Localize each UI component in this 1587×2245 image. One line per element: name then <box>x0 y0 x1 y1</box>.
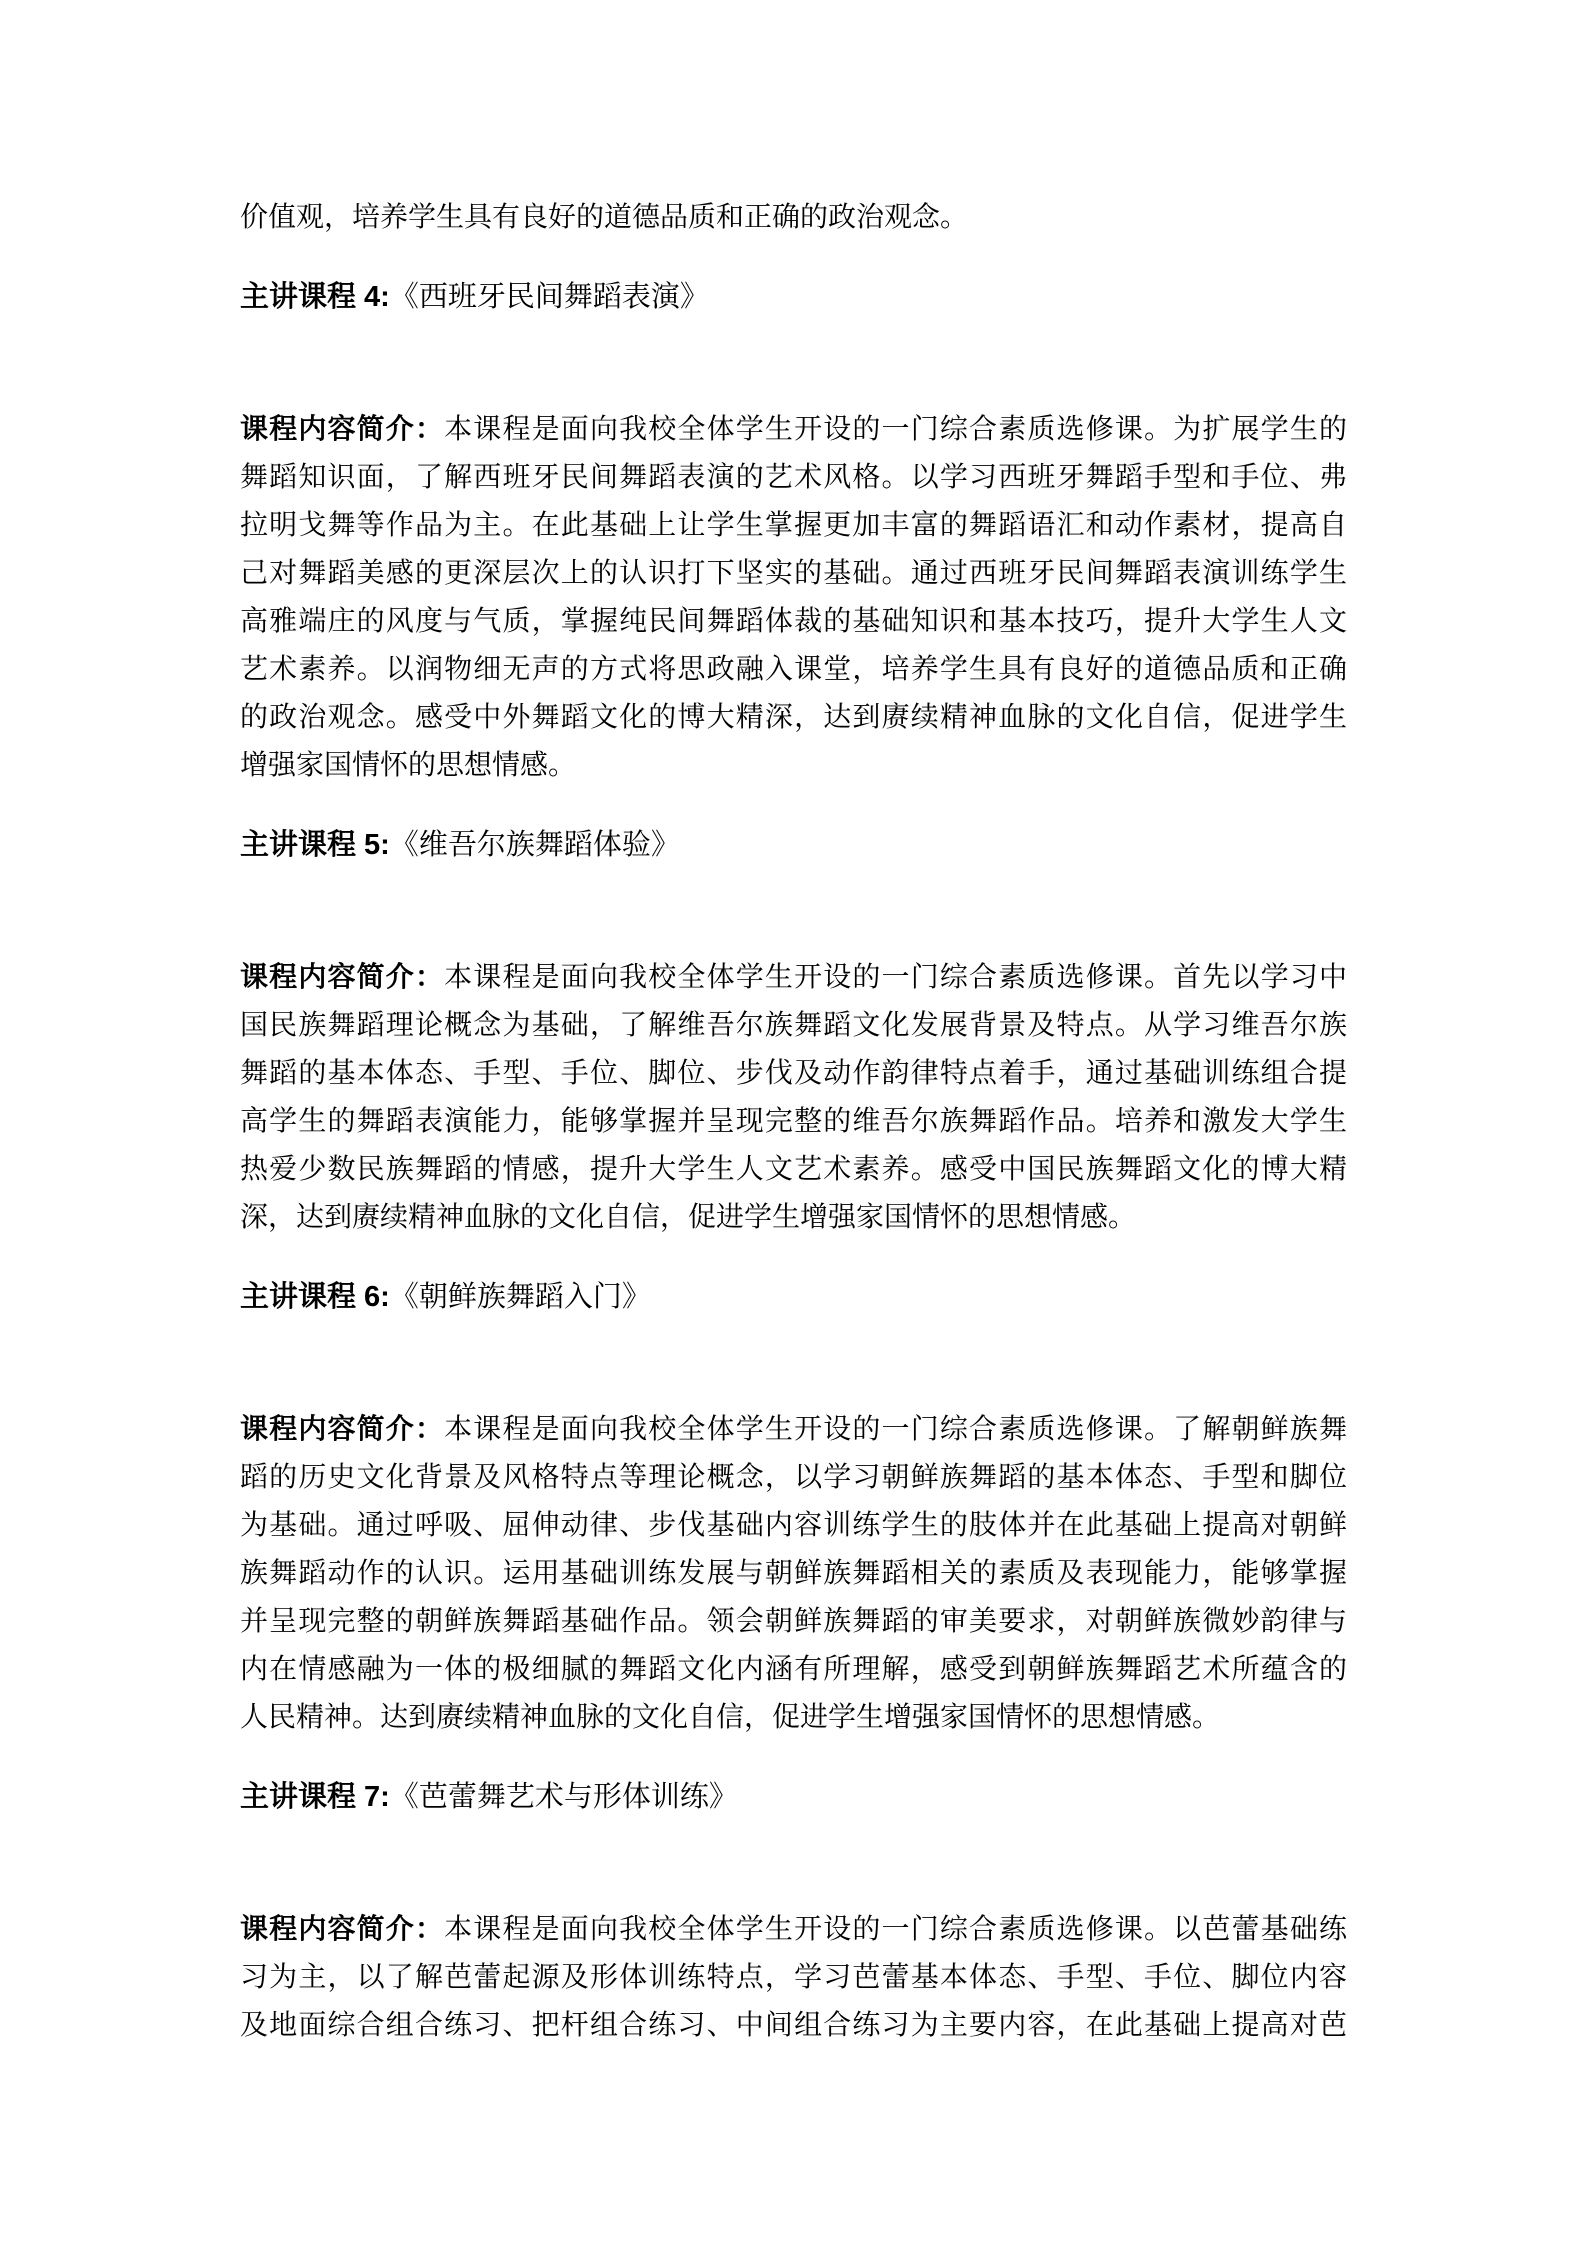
document-page: 价值观，培养学生具有良好的道德品质和正确的政治观念。主讲课程 4:《西班牙民间舞… <box>0 0 1587 2245</box>
course-heading-label: 主讲课程 7: <box>240 1781 390 1813</box>
line-text: 国民族舞蹈理论概念为基础，了解维吾尔族舞蹈文化发展背景及特点。从学习维吾尔族 <box>240 1009 1347 1040</box>
course-heading-label: 主讲课程 5: <box>240 829 390 861</box>
course-intro-paragraph: 课程内容简介：本课程是面向我校全体学生开设的一门综合素质选修课。以芭蕾基础练习为… <box>240 1905 1347 2049</box>
text-line: 族舞蹈动作的认识。运用基础训练发展与朝鲜族舞蹈相关的素质及表现能力，能够掌握 <box>240 1549 1347 1597</box>
text-line: 并呈现完整的朝鲜族舞蹈基础作品。领会朝鲜族舞蹈的审美要求，对朝鲜族微妙韵律与 <box>240 1597 1347 1645</box>
intro-lead-label: 课程内容简介： <box>240 1413 444 1444</box>
text-line: 课程内容简介：本课程是面向我校全体学生开设的一门综合素质选修课。首先以学习中 <box>240 953 1347 1001</box>
document-content: 价值观，培养学生具有良好的道德品质和正确的政治观念。主讲课程 4:《西班牙民间舞… <box>240 193 1347 2049</box>
course-heading: 主讲课程 5:《维吾尔族舞蹈体验》 <box>240 821 1347 869</box>
line-text: 舞蹈的基本体态、手型、手位、脚位、步伐及动作韵律特点着手，通过基础训练组合提 <box>240 1057 1347 1088</box>
text-line: 课程内容简介：本课程是面向我校全体学生开设的一门综合素质选修课。了解朝鲜族舞 <box>240 1405 1347 1453</box>
text-line: 人民精神。达到赓续精神血脉的文化自信，促进学生增强家国情怀的思想情感。 <box>240 1693 1347 1741</box>
line-text: 蹈的历史文化背景及风格特点等理论概念，以学习朝鲜族舞蹈的基本体态、手型和脚位 <box>240 1461 1347 1492</box>
line-text: 高学生的舞蹈表演能力，能够掌握并呈现完整的维吾尔族舞蹈作品。培养和激发大学生 <box>240 1105 1347 1136</box>
intro-lead-label: 课程内容简介： <box>240 1913 444 1944</box>
line-text: 族舞蹈动作的认识。运用基础训练发展与朝鲜族舞蹈相关的素质及表现能力，能够掌握 <box>240 1557 1347 1588</box>
line-text: 本课程是面向我校全体学生开设的一门综合素质选修课。为扩展学生的 <box>444 413 1347 444</box>
text-line: 深，达到赓续精神血脉的文化自信，促进学生增强家国情怀的思想情感。 <box>240 1193 1347 1241</box>
line-text: 艺术素养。以润物细无声的方式将思政融入课堂，培养学生具有良好的道德品质和正确 <box>240 653 1347 684</box>
line-text: 本课程是面向我校全体学生开设的一门综合素质选修课。了解朝鲜族舞 <box>444 1413 1347 1444</box>
text-line: 热爱少数民族舞蹈的情感，提升大学生人文艺术素养。感受中国民族舞蹈文化的博大精 <box>240 1145 1347 1193</box>
course-heading-title: 《朝鲜族舞蹈入门》 <box>390 1281 651 1313</box>
course-heading: 主讲课程 6:《朝鲜族舞蹈入门》 <box>240 1273 1347 1321</box>
line-text: 热爱少数民族舞蹈的情感，提升大学生人文艺术素养。感受中国民族舞蹈文化的博大精 <box>240 1153 1347 1184</box>
text-line: 及地面综合组合练习、把杆组合练习、中间组合练习为主要内容，在此基础上提高对芭 <box>240 2001 1347 2049</box>
text-line: 己对舞蹈美感的更深层次上的认识打下坚实的基础。通过西班牙民间舞蹈表演训练学生 <box>240 549 1347 597</box>
text-line: 内在情感融为一体的极细腻的舞蹈文化内涵有所理解，感受到朝鲜族舞蹈艺术所蕴含的 <box>240 1645 1347 1693</box>
line-text: 人民精神。达到赓续精神血脉的文化自信，促进学生增强家国情怀的思想情感。 <box>240 1701 1220 1732</box>
intro-lead-label: 课程内容简介： <box>240 413 444 444</box>
text-line: 价值观，培养学生具有良好的道德品质和正确的政治观念。 <box>240 193 1347 241</box>
text-line: 舞蹈知识面，了解西班牙民间舞蹈表演的艺术风格。以学习西班牙舞蹈手型和手位、弗 <box>240 453 1347 501</box>
course-intro-paragraph: 课程内容简介：本课程是面向我校全体学生开设的一门综合素质选修课。首先以学习中国民… <box>240 953 1347 1241</box>
text-line: 高雅端庄的风度与气质，掌握纯民间舞蹈体裁的基础知识和基本技巧，提升大学生人文 <box>240 597 1347 645</box>
line-text: 的政治观念。感受中外舞蹈文化的博大精深，达到赓续精神血脉的文化自信，促进学生 <box>240 701 1347 732</box>
text-line: 高学生的舞蹈表演能力，能够掌握并呈现完整的维吾尔族舞蹈作品。培养和激发大学生 <box>240 1097 1347 1145</box>
text-line: 课程内容简介：本课程是面向我校全体学生开设的一门综合素质选修课。以芭蕾基础练 <box>240 1905 1347 1953</box>
line-text: 内在情感融为一体的极细腻的舞蹈文化内涵有所理解，感受到朝鲜族舞蹈艺术所蕴含的 <box>240 1653 1347 1684</box>
line-text: 习为主，以了解芭蕾起源及形体训练特点，学习芭蕾基本体态、手型、手位、脚位内容 <box>240 1961 1347 1992</box>
line-text: 深，达到赓续精神血脉的文化自信，促进学生增强家国情怀的思想情感。 <box>240 1201 1136 1232</box>
text-line: 增强家国情怀的思想情感。 <box>240 741 1347 789</box>
course-intro-paragraph: 课程内容简介：本课程是面向我校全体学生开设的一门综合素质选修课。了解朝鲜族舞蹈的… <box>240 1405 1347 1741</box>
line-text: 高雅端庄的风度与气质，掌握纯民间舞蹈体裁的基础知识和基本技巧，提升大学生人文 <box>240 605 1347 636</box>
course-heading: 主讲课程 4:《西班牙民间舞蹈表演》 <box>240 273 1347 321</box>
paragraph-continuation: 价值观，培养学生具有良好的道德品质和正确的政治观念。 <box>240 193 1347 241</box>
course-heading-title: 《西班牙民间舞蹈表演》 <box>390 281 709 313</box>
intro-lead-label: 课程内容简介： <box>240 961 444 992</box>
line-text: 拉明戈舞等作品为主。在此基础上让学生掌握更加丰富的舞蹈语汇和动作素材，提高自 <box>240 509 1347 540</box>
line-text: 增强家国情怀的思想情感。 <box>240 749 576 780</box>
line-text: 本课程是面向我校全体学生开设的一门综合素质选修课。首先以学习中 <box>444 961 1347 992</box>
course-heading-label: 主讲课程 6: <box>240 1281 390 1313</box>
text-line: 为基础。通过呼吸、屈伸动律、步伐基础内容训练学生的肢体并在此基础上提高对朝鲜 <box>240 1501 1347 1549</box>
course-heading-label: 主讲课程 4: <box>240 281 390 313</box>
line-text: 己对舞蹈美感的更深层次上的认识打下坚实的基础。通过西班牙民间舞蹈表演训练学生 <box>240 557 1347 588</box>
text-line: 国民族舞蹈理论概念为基础，了解维吾尔族舞蹈文化发展背景及特点。从学习维吾尔族 <box>240 1001 1347 1049</box>
text-line: 习为主，以了解芭蕾起源及形体训练特点，学习芭蕾基本体态、手型、手位、脚位内容 <box>240 1953 1347 2001</box>
text-line: 艺术素养。以润物细无声的方式将思政融入课堂，培养学生具有良好的道德品质和正确 <box>240 645 1347 693</box>
text-line: 拉明戈舞等作品为主。在此基础上让学生掌握更加丰富的舞蹈语汇和动作素材，提高自 <box>240 501 1347 549</box>
line-text: 舞蹈知识面，了解西班牙民间舞蹈表演的艺术风格。以学习西班牙舞蹈手型和手位、弗 <box>240 461 1347 492</box>
line-text: 并呈现完整的朝鲜族舞蹈基础作品。领会朝鲜族舞蹈的审美要求，对朝鲜族微妙韵律与 <box>240 1605 1347 1636</box>
course-heading-title: 《维吾尔族舞蹈体验》 <box>390 829 680 861</box>
text-line: 舞蹈的基本体态、手型、手位、脚位、步伐及动作韵律特点着手，通过基础训练组合提 <box>240 1049 1347 1097</box>
line-text: 本课程是面向我校全体学生开设的一门综合素质选修课。以芭蕾基础练 <box>444 1913 1347 1944</box>
line-text: 价值观，培养学生具有良好的道德品质和正确的政治观念。 <box>240 201 968 232</box>
text-line: 课程内容简介：本课程是面向我校全体学生开设的一门综合素质选修课。为扩展学生的 <box>240 405 1347 453</box>
course-heading: 主讲课程 7:《芭蕾舞艺术与形体训练》 <box>240 1773 1347 1821</box>
text-line: 的政治观念。感受中外舞蹈文化的博大精深，达到赓续精神血脉的文化自信，促进学生 <box>240 693 1347 741</box>
text-line: 蹈的历史文化背景及风格特点等理论概念，以学习朝鲜族舞蹈的基本体态、手型和脚位 <box>240 1453 1347 1501</box>
course-intro-paragraph: 课程内容简介：本课程是面向我校全体学生开设的一门综合素质选修课。为扩展学生的舞蹈… <box>240 405 1347 789</box>
course-heading-title: 《芭蕾舞艺术与形体训练》 <box>390 1781 738 1813</box>
line-text: 为基础。通过呼吸、屈伸动律、步伐基础内容训练学生的肢体并在此基础上提高对朝鲜 <box>240 1509 1347 1540</box>
line-text: 及地面综合组合练习、把杆组合练习、中间组合练习为主要内容，在此基础上提高对芭 <box>240 2009 1347 2040</box>
